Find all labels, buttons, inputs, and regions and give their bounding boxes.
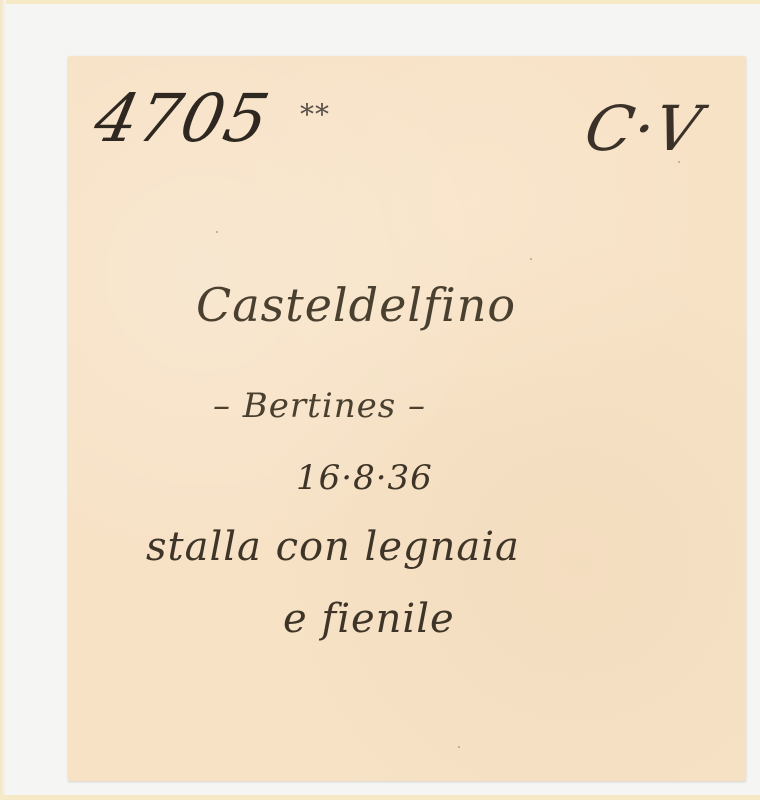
paper-speck: [458, 746, 460, 748]
paper-speck: [216, 231, 218, 233]
place-name: Casteldelfino: [196, 278, 516, 332]
index-card: 4705 ** C·V Casteldelfino – Bertines – 1…: [68, 56, 746, 781]
paper-speck: [678, 161, 680, 163]
description-line-2: e fienile: [283, 596, 455, 642]
catalog-marks: **: [300, 98, 330, 131]
scan-edge-bottom: [0, 795, 760, 800]
locality-name: – Bertines –: [213, 386, 426, 426]
paper-speck: [530, 258, 532, 260]
catalog-number: 4705: [88, 80, 276, 157]
date: 16·8·36: [296, 458, 433, 498]
collection-code: C·V: [580, 92, 708, 165]
description-line-1: stalla con legnaia: [146, 524, 520, 570]
